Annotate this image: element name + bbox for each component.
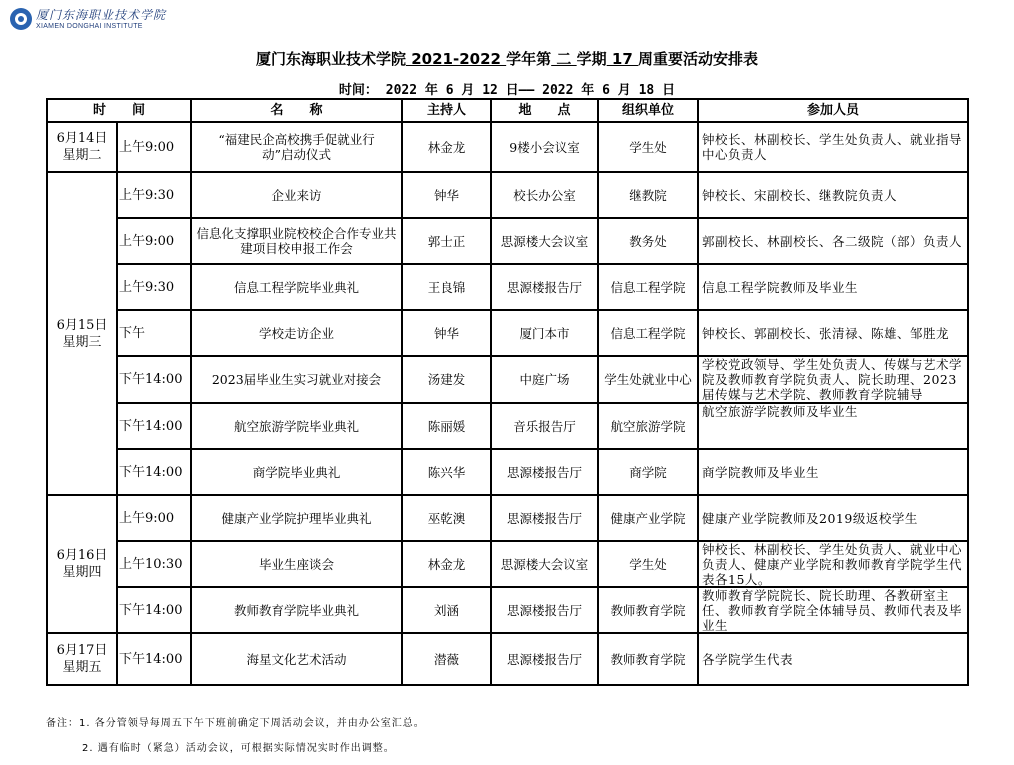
school-logo: 厦门东海职业技术学院 XIAMEN DONGHAI INSTITUTE: [10, 8, 166, 30]
table-row: 6月14日星期二 上午9:00 “福建民企高校携手促就业行动”启动仪式 林金龙 …: [47, 122, 968, 172]
attendees-cell: 信息工程学院教师及毕业生: [698, 264, 968, 310]
org-cell: 教务处: [598, 218, 698, 264]
org-cell: 教师教育学院: [598, 633, 698, 685]
time-cell: 上午9:00: [117, 495, 191, 541]
time-cell: 下午14:00: [117, 403, 191, 449]
week-number: 17: [607, 50, 638, 68]
place-cell: 思源楼大会议室: [491, 218, 598, 264]
logo-chinese-name: 厦门东海职业技术学院: [36, 9, 166, 21]
attendees-cell: 健康产业学院教师及2019级返校学生: [698, 495, 968, 541]
table-row: 上午10:30 毕业生座谈会 林金龙 思源楼大会议室 学生处 钟校长、林副校长、…: [47, 541, 968, 587]
event-name-cell: “福建民企高校携手促就业行动”启动仪式: [191, 122, 402, 172]
school-emblem-icon: [10, 8, 32, 30]
attendees-cell: 各学院学生代表: [698, 633, 968, 685]
time-cell: 下午: [117, 310, 191, 356]
place-cell: 思源楼报告厅: [491, 264, 598, 310]
event-name-cell: 教师教育学院毕业典礼: [191, 587, 402, 633]
attendees-cell: 商学院教师及毕业生: [698, 449, 968, 495]
semester: 二: [551, 50, 576, 68]
org-cell: 信息工程学院: [598, 310, 698, 356]
org-cell: 商学院: [598, 449, 698, 495]
header-row: 时 间 名 称 主持人 地 点 组织单位 参加人员: [47, 99, 968, 122]
table-row: 下午14:00 航空旅游学院毕业典礼 陈丽媛 音乐报告厅 航空旅游学院 航空旅游…: [47, 403, 968, 449]
org-cell: 航空旅游学院: [598, 403, 698, 449]
column-header-org: 组织单位: [598, 99, 698, 122]
column-header-name: 名 称: [191, 99, 402, 122]
host-cell: 郭士正: [402, 218, 491, 264]
attendees-cell: 郭副校长、林副校长、各二级院（部）负责人: [698, 218, 968, 264]
place-cell: 思源楼报告厅: [491, 495, 598, 541]
time-cell: 上午9:00: [117, 218, 191, 264]
schedule-table: 时 间 名 称 主持人 地 点 组织单位 参加人员 6月14日星期二 上午9:0…: [46, 98, 969, 686]
column-header-attendees: 参加人员: [698, 99, 968, 122]
host-cell: 刘涵: [402, 587, 491, 633]
table-row: 上午9:00 信息化支撑职业院校校企合作专业共建项目校申报工作会 郭士正 思源楼…: [47, 218, 968, 264]
host-cell: 林金龙: [402, 122, 491, 172]
host-cell: 潜薇: [402, 633, 491, 685]
event-name-cell: 2023届毕业生实习就业对接会: [191, 356, 402, 403]
event-name-cell: 毕业生座谈会: [191, 541, 402, 587]
column-header-place: 地 点: [491, 99, 598, 122]
day-cell: 6月15日星期三: [47, 172, 117, 495]
org-cell: 继教院: [598, 172, 698, 218]
attendees-cell: 钟校长、郭副校长、张清禄、陈雄、邹胜龙: [698, 310, 968, 356]
place-cell: 厦门本市: [491, 310, 598, 356]
logo-english-name: XIAMEN DONGHAI INSTITUTE: [36, 23, 166, 30]
host-cell: 陈丽媛: [402, 403, 491, 449]
host-cell: 钟华: [402, 172, 491, 218]
column-header-time: 时 间: [47, 99, 191, 122]
org-cell: 信息工程学院: [598, 264, 698, 310]
table-row: 下午14:00 商学院毕业典礼 陈兴华 思源楼报告厅 商学院 商学院教师及毕业生: [47, 449, 968, 495]
attendees-cell: 教师教育学院院长、院长助理、各教研室主任、教师教育学院全体辅导员、教师代表及毕业…: [698, 587, 968, 633]
place-cell: 思源楼报告厅: [491, 449, 598, 495]
attendees-cell: 钟校长、林副校长、学生处负责人、就业中心负责人、健康产业学院和教师教育学院学生代…: [698, 541, 968, 587]
attendees-cell: 学校党政领导、学生处负责人、传媒与艺术学院及教师教育学院负责人、院长助理、202…: [698, 356, 968, 403]
org-cell: 健康产业学院: [598, 495, 698, 541]
date-range: 时间： 2022 年 6 月 12 日—— 2022 年 6 月 18 日: [0, 79, 1014, 98]
day-cell: 6月17日星期五: [47, 633, 117, 685]
org-cell: 教师教育学院: [598, 587, 698, 633]
day-cell: 6月16日星期四: [47, 495, 117, 633]
time-cell: 下午14:00: [117, 633, 191, 685]
event-name-cell: 信息工程学院毕业典礼: [191, 264, 402, 310]
org-cell: 学生处就业中心: [598, 356, 698, 403]
place-cell: 思源楼大会议室: [491, 541, 598, 587]
place-cell: 校长办公室: [491, 172, 598, 218]
org-cell: 学生处: [598, 541, 698, 587]
time-cell: 上午9:00: [117, 122, 191, 172]
attendees-cell: 钟校长、林副校长、学生处负责人、就业指导中心负责人: [698, 122, 968, 172]
host-cell: 钟华: [402, 310, 491, 356]
time-cell: 上午9:30: [117, 172, 191, 218]
place-cell: 思源楼报告厅: [491, 633, 598, 685]
column-header-host: 主持人: [402, 99, 491, 122]
place-cell: 中庭广场: [491, 356, 598, 403]
time-cell: 下午14:00: [117, 356, 191, 403]
attendees-cell: 钟校长、宋副校长、继教院负责人: [698, 172, 968, 218]
event-name-cell: 健康产业学院护理毕业典礼: [191, 495, 402, 541]
academic-year: 2021-2022: [406, 50, 506, 68]
time-cell: 下午14:00: [117, 587, 191, 633]
event-name-cell: 企业来访: [191, 172, 402, 218]
day-cell: 6月14日星期二: [47, 122, 117, 172]
org-cell: 学生处: [598, 122, 698, 172]
host-cell: 林金龙: [402, 541, 491, 587]
table-row: 6月16日星期四 上午9:00 健康产业学院护理毕业典礼 巫乾澳 思源楼报告厅 …: [47, 495, 968, 541]
host-cell: 巫乾澳: [402, 495, 491, 541]
time-cell: 上午9:30: [117, 264, 191, 310]
place-cell: 思源楼报告厅: [491, 587, 598, 633]
host-cell: 汤建发: [402, 356, 491, 403]
host-cell: 陈兴华: [402, 449, 491, 495]
time-cell: 下午14:00: [117, 449, 191, 495]
event-name-cell: 商学院毕业典礼: [191, 449, 402, 495]
place-cell: 音乐报告厅: [491, 403, 598, 449]
attendees-cell: 航空旅游学院教师及毕业生: [698, 403, 968, 449]
table-row: 上午9:30 信息工程学院毕业典礼 王良锦 思源楼报告厅 信息工程学院 信息工程…: [47, 264, 968, 310]
table-row: 下午14:00 教师教育学院毕业典礼 刘涵 思源楼报告厅 教师教育学院 教师教育…: [47, 587, 968, 633]
note-2: 2. 遇有临时（紧急）活动会议，可根据实际情况实时作出调整。: [82, 739, 395, 754]
event-name-cell: 信息化支撑职业院校校企合作专业共建项目校申报工作会: [191, 218, 402, 264]
table-row: 下午14:00 2023届毕业生实习就业对接会 汤建发 中庭广场 学生处就业中心…: [47, 356, 968, 403]
table-row: 下午 学校走访企业 钟华 厦门本市 信息工程学院 钟校长、郭副校长、张清禄、陈雄…: [47, 310, 968, 356]
place-cell: 9楼小会议室: [491, 122, 598, 172]
time-cell: 上午10:30: [117, 541, 191, 587]
event-name-cell: 航空旅游学院毕业典礼: [191, 403, 402, 449]
table-row: 6月17日星期五 下午14:00 海星文化艺术活动 潜薇 思源楼报告厅 教师教育…: [47, 633, 968, 685]
table-row: 6月15日星期三 上午9:30 企业来访 钟华 校长办公室 继教院 钟校长、宋副…: [47, 172, 968, 218]
note-1: 备注：1. 各分管领导每周五下午下班前确定下周活动会议，并由办公室汇总。: [46, 714, 425, 729]
event-name-cell: 海星文化艺术活动: [191, 633, 402, 685]
event-name-cell: 学校走访企业: [191, 310, 402, 356]
host-cell: 王良锦: [402, 264, 491, 310]
page-title: 厦门东海职业技术学院 2021-2022 学年第 二 学期 17 周重要活动安排…: [0, 48, 1014, 69]
